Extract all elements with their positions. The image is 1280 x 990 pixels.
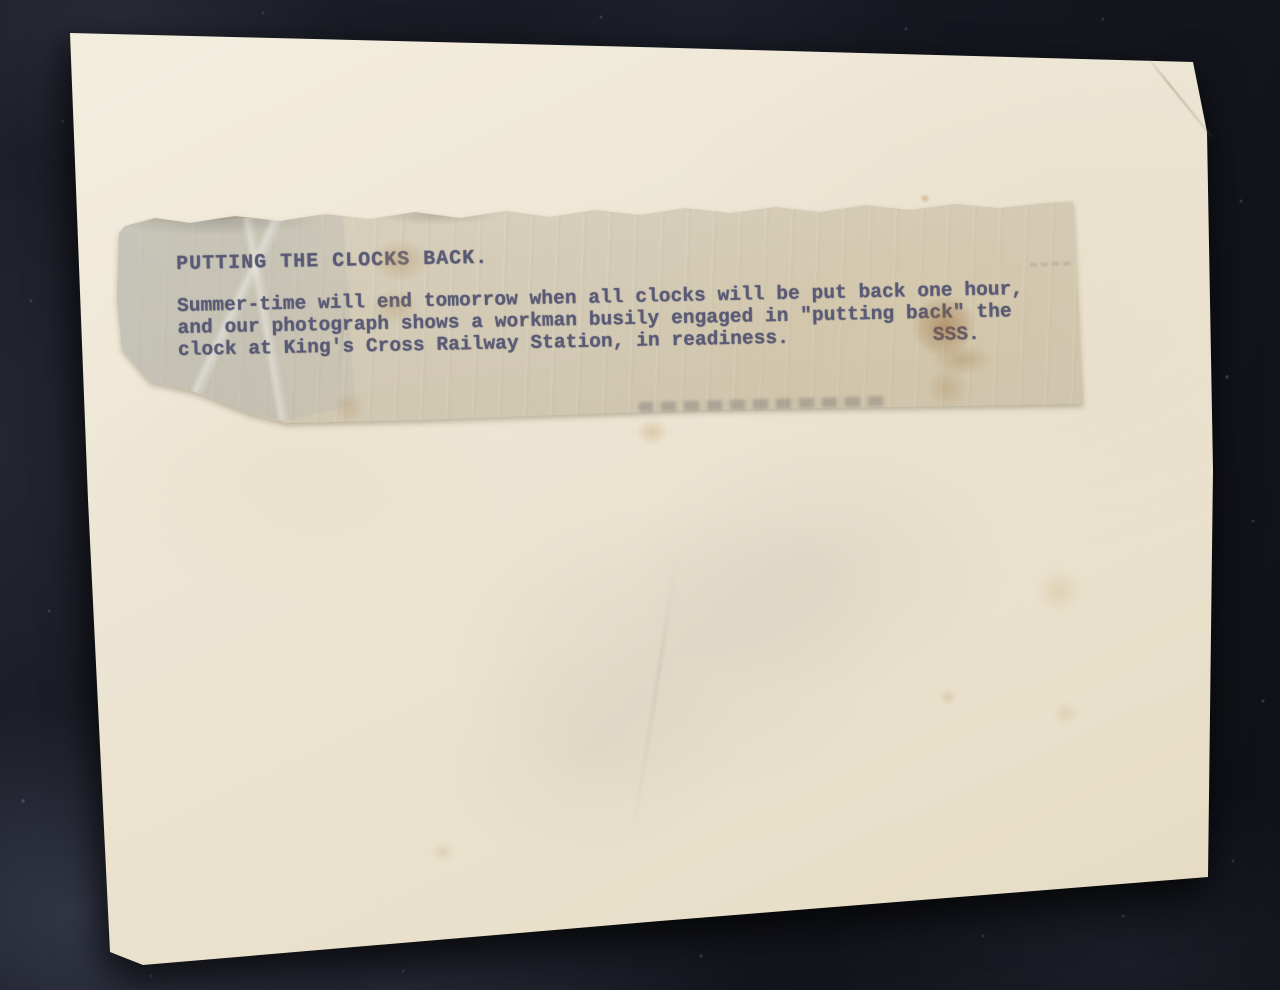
typist-initials: SSS. (933, 323, 980, 346)
caption-label: PUTTING THE CLOCKS BACK. Summer-time wil… (115, 194, 1087, 428)
photo-back-wrap: PUTTING THE CLOCKS BACK. Summer-time wil… (0, 0, 1280, 990)
typed-caption: PUTTING THE CLOCKS BACK. Summer-time wil… (176, 236, 1058, 361)
photo-back (0, 0, 1280, 990)
caption-label-wrap: PUTTING THE CLOCKS BACK. Summer-time wil… (115, 194, 1087, 428)
scene: PUTTING THE CLOCKS BACK. Summer-time wil… (0, 0, 1280, 990)
